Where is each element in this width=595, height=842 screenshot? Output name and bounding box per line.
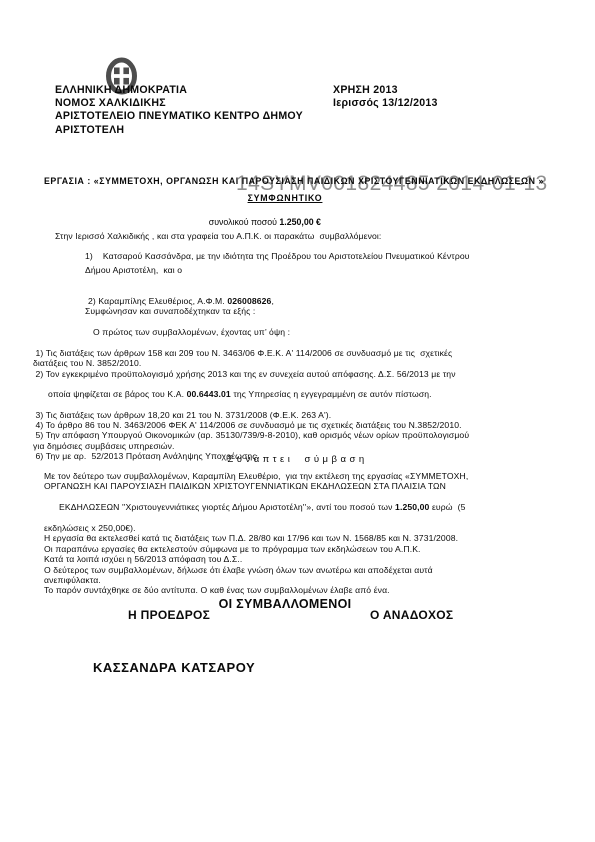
party1-line2: Δήμου Αριστοτέλη, και ο [85, 265, 182, 275]
having-regard-line: Ο πρώτος των συμβαλλομένων, έχοντας υπ’ … [93, 327, 290, 337]
terms-line-3: ΕΚΔΗΛΩΣΕΩΝ ''Χριστουγεννιάτικες γιορτές … [44, 492, 574, 523]
contract-document-page: ΕΛΛΗΝΙΚΗ ΔΗΜΟΚΡΑΤΙΑ ΝΟΜΟΣ ΧΑΛΚΙΔΙΚΗΣ ΑΡΙ… [0, 0, 595, 842]
signature-role-contractor: Ο ΑΝΑΔΟΧΟΣ [370, 608, 453, 622]
legal-basis-list: 1) Τις διατάξεις των άρθρων 158 και 209 … [33, 348, 573, 461]
legal-item-1-line1: 1) Τις διατάξεις των άρθρων 158 και 209 … [33, 348, 573, 358]
authority-line-center2: ΑΡΙΣΤΟΤΕΛΗ [55, 124, 303, 137]
concludes-contract-row: Συνάπτει σύμβαση [0, 449, 595, 467]
date-block: ΧΡΗΣΗ 2013 Ιερισσός 13/12/2013 [333, 84, 438, 110]
legal-item-2-line1: 2) Τον εγκεκριμένο προϋπολογισμό χρήσης … [33, 369, 573, 379]
legal-item-1-line2: διατάξεις του Ν. 3852/2010. [33, 358, 573, 368]
terms-line-7: Κατά τα λοιπά ισχύει η 56/2013 απόφαση τ… [44, 554, 574, 564]
authority-line-center: ΑΡΙΣΤΟΤΕΛΕΙΟ ΠΝΕΥΜΑΤΙΚΟ ΚΕΝΤΡΟ ΔΗΜΟΥ [55, 110, 303, 123]
legal-item-5-line1: 5) Την απόφαση Υπουργού Οικονομικών (αρ.… [33, 430, 573, 440]
party2-comma: , [271, 296, 274, 306]
signatories-heading-row: ΟΙ ΣΥΜΒΑΛΛΟΜΕΝΟΙ [0, 595, 570, 613]
place-date-label: Ιερισσός 13/12/2013 [333, 97, 438, 110]
terms-line-5: Η εργασία θα εκτελεσθεί κατά τις διατάξε… [44, 533, 574, 543]
agreement-intro-line: Συμφώνησαν και συναποδέχτηκαν τα εξής : [85, 306, 255, 316]
document-type-title: ΣΥΜΦΩΝΗΤΙΚΟ [248, 193, 323, 203]
work-title-line: ΕΡΓΑΣΙΑ : «ΣΥΜΜΕΤΟΧΗ, ΟΡΓΑΝΩΣΗ ΚΑΙ ΠΑΡΟΥ… [44, 176, 544, 186]
terms-line-2: ΟΡΓΑΝΩΣΗ ΚΑΙ ΠΑΡΟΥΣΙΑΣΗ ΠΑΙΔΙΚΩΝ ΧΡΙΣΤΟΥ… [44, 481, 574, 491]
party2-afm-number: 026008626 [227, 296, 271, 306]
terms-line-3-text: ΕΚΔΗΛΩΣΕΩΝ ''Χριστουγεννιάτικες γιορτές … [59, 502, 395, 512]
concludes-contract-heading: Συνάπτει σύμβαση [227, 454, 367, 465]
terms-line-6: Οι παραπάνω εργασίες θα εκτελεστούν σύμφ… [44, 544, 574, 554]
budget-code: 00.6443.01 [187, 389, 231, 399]
legal-item-2-rest: της Υπηρεσίας η εγγεγραμμένη σε αυτόν πί… [231, 389, 432, 399]
legal-item-4: 4) Το άρθρο 86 του Ν. 3463/2006 ΦΕΚ Α' 1… [33, 420, 573, 430]
document-type-title-row: ΣΥΜΦΩΝΗΤΙΚΟ [0, 188, 570, 206]
amount-value: 1.250,00 € [279, 217, 321, 227]
president-signature-name: ΚΑΣΣΑΝΔΡΑ ΚΑΤΣΑΡΟΥ [93, 660, 255, 675]
amount-prefix: συνολικού ποσού [209, 217, 280, 227]
fiscal-year-label: ΧΡΗΣΗ 2013 [333, 84, 438, 97]
signatories-heading: ΟΙ ΣΥΜΒΑΛΛΟΜΕΝΟΙ [219, 597, 352, 611]
party2-text: 2) Καραμπίλης Ελευθέριος, Α.Φ.Μ. [88, 296, 227, 306]
contract-amount: 1.250,00 [395, 502, 429, 512]
legal-item-2-text: οποία ψηφίζεται σε βάρος του Κ.Α. [48, 389, 187, 399]
intro-location-line: Στην Ιερισσό Χαλκιδικής , και στα γραφεί… [55, 231, 381, 241]
terms-line-3-rest: ευρώ (5 [429, 502, 465, 512]
issuing-authority-block: ΕΛΛΗΝΙΚΗ ΔΗΜΟΚΡΑΤΙΑ ΝΟΜΟΣ ΧΑΛΚΙΔΙΚΗΣ ΑΡΙ… [55, 84, 303, 137]
terms-line-1: Με τον δεύτερο των συμβαλλομένων, Καραμπ… [44, 471, 574, 481]
authority-line-prefecture: ΝΟΜΟΣ ΧΑΛΚΙΔΙΚΗΣ [55, 97, 303, 110]
legal-item-3: 3) Τις διατάξεις των άρθρων 18,20 και 21… [33, 410, 573, 420]
terms-line-8: Ο δεύτερος των συμβαλλομένων, δήλωσε ότι… [44, 565, 574, 575]
authority-line-republic: ΕΛΛΗΝΙΚΗ ΔΗΜΟΚΡΑΤΙΑ [55, 84, 303, 97]
legal-item-2-line2: οποία ψηφίζεται σε βάρος του Κ.Α. 00.644… [33, 379, 573, 410]
signature-role-president: Η ΠΡΟΕΔΡΟΣ [128, 608, 210, 622]
terms-line-4: εκδηλώσεις x 250,00€). [44, 523, 574, 533]
party1-line1: 1) Κατσαρού Κασσάνδρα, με την ιδιότητα τ… [85, 251, 470, 261]
contract-terms-block: Με τον δεύτερο των συμβαλλομένων, Καραμπ… [44, 471, 574, 596]
terms-line-9: ανεπιφύλακτα. [44, 575, 574, 585]
